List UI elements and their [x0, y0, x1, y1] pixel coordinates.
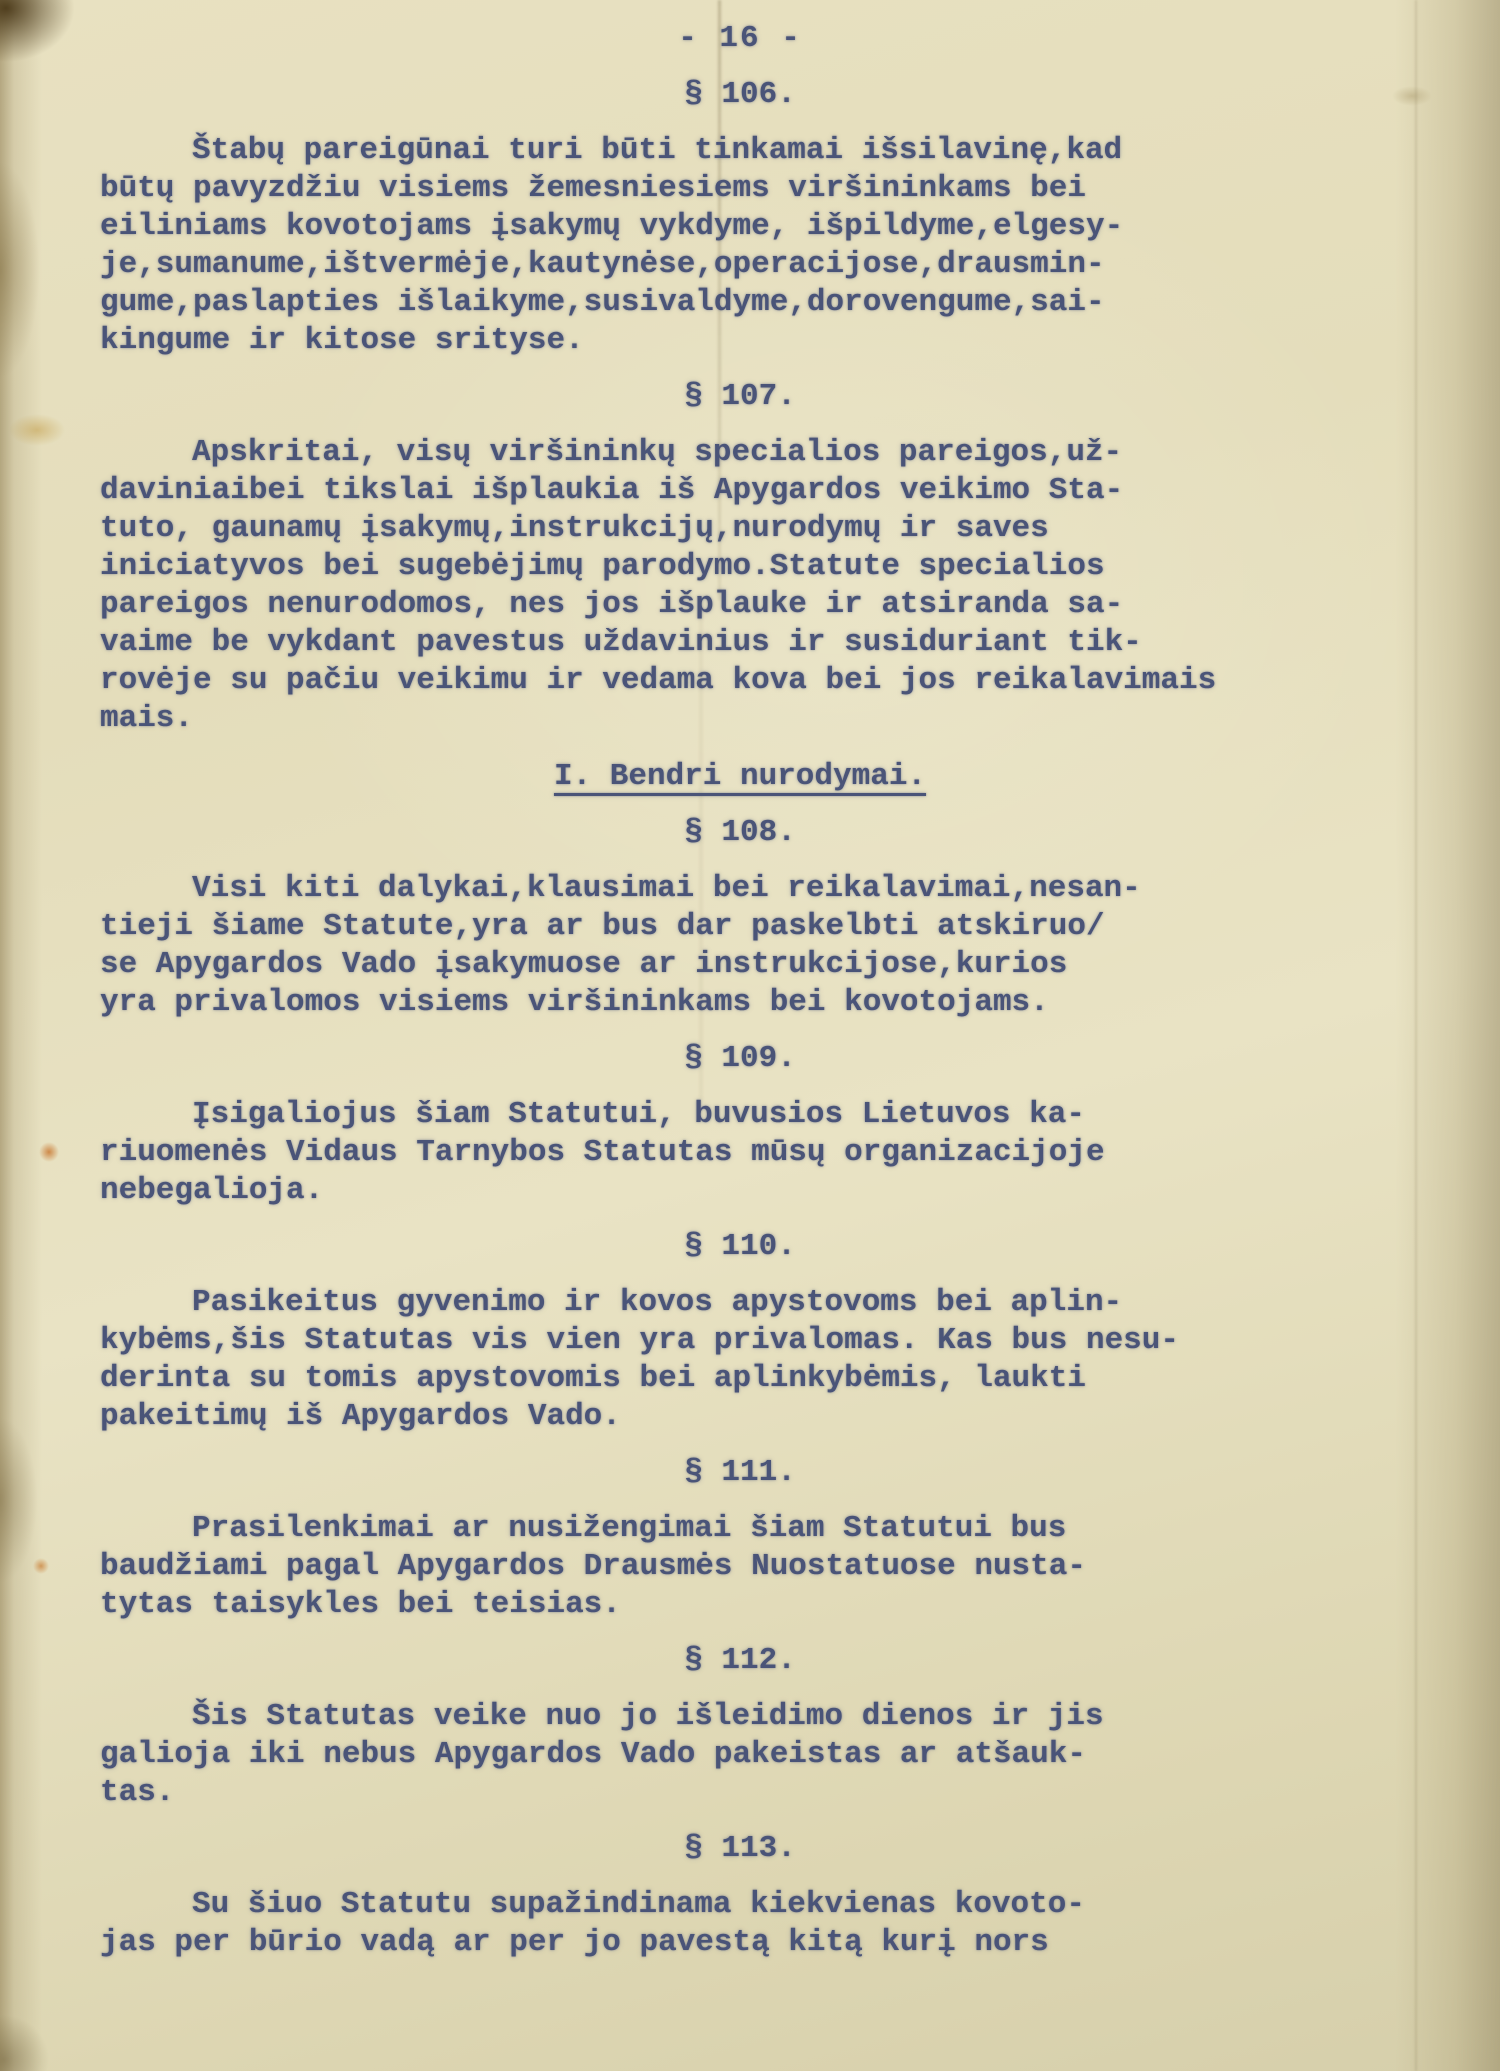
text-line: Prasilenkimai ar nusižengimai šiam Statu… — [100, 1510, 1380, 1548]
section-heading: § 109. — [100, 1040, 1380, 1078]
text-line: daviniaibei tikslai išplaukia iš Apygard… — [100, 472, 1380, 510]
section-heading: § 107. — [100, 378, 1380, 416]
section-heading: § 111. — [100, 1454, 1380, 1492]
text-line: pareigos nenurodomos, nes jos išplauke i… — [100, 586, 1380, 624]
section-heading: § 108. — [100, 814, 1380, 852]
text-line: riuomenės Vidaus Tarnybos Statutas mūsų … — [100, 1134, 1380, 1172]
paragraph: Pasikeitus gyvenimo ir kovos apystovoms … — [100, 1284, 1380, 1436]
text-line: tytas taisykles bei teisias. — [100, 1586, 1380, 1624]
text-line: mais. — [100, 700, 1380, 738]
text-line: tieji šiame Statute,yra ar bus dar paske… — [100, 908, 1380, 946]
text-line: rovėje su pačiu veikimu ir vedama kova b… — [100, 662, 1380, 700]
text-line: nebegalioja. — [100, 1172, 1380, 1210]
text-line: tuto, gaunamų įsakymų,instrukcijų,nurody… — [100, 510, 1380, 548]
paragraph: Prasilenkimai ar nusižengimai šiam Statu… — [100, 1510, 1380, 1624]
text-line: je,sumanume,ištvermėje,kautynėse,operaci… — [100, 246, 1380, 284]
text-line: Štabų pareigūnai turi būti tinkamai išsi… — [100, 132, 1380, 170]
section-heading: § 106. — [100, 76, 1380, 114]
text-line: galioja iki nebus Apygardos Vado pakeist… — [100, 1736, 1380, 1774]
section-heading: § 113. — [100, 1830, 1380, 1868]
page-number: - 16 - — [100, 20, 1380, 58]
paragraph: Apskritai, visų viršininkų specialios pa… — [100, 434, 1380, 738]
document-body: - 16 - § 106.Štabų pareigūnai turi būti … — [0, 0, 1500, 1962]
section-heading: § 112. — [100, 1642, 1380, 1680]
text-line: vaime be vykdant pavestus uždavinius ir … — [100, 624, 1380, 662]
paragraph: Su šiuo Statutu supažindinama kiekvienas… — [100, 1886, 1380, 1962]
text-line: se Apygardos Vado įsakymuose ar instrukc… — [100, 946, 1380, 984]
text-line: Įsigaliojus šiam Statutui, buvusios Liet… — [100, 1096, 1380, 1134]
text-line: derinta su tomis apystovomis bei aplinky… — [100, 1360, 1380, 1398]
text-line: Su šiuo Statutu supažindinama kiekvienas… — [100, 1886, 1380, 1924]
text-line: pakeitimų iš Apygardos Vado. — [100, 1398, 1380, 1436]
paragraph: Įsigaliojus šiam Statutui, buvusios Liet… — [100, 1096, 1380, 1210]
text-line: Šis Statutas veike nuo jo išleidimo dien… — [100, 1698, 1380, 1736]
text-line: tas. — [100, 1774, 1380, 1812]
chapter-heading-text: I. Bendri nurodymai. — [554, 759, 926, 794]
text-line: Pasikeitus gyvenimo ir kovos apystovoms … — [100, 1284, 1380, 1322]
text-line: yra privalomos visiems viršininkams bei … — [100, 984, 1380, 1022]
paragraph: Visi kiti dalykai,klausimai bei reikalav… — [100, 870, 1380, 1022]
text-line: kybėms,šis Statutas vis vien yra privalo… — [100, 1322, 1380, 1360]
chapter-heading: I. Bendri nurodymai. — [100, 758, 1380, 796]
text-line: gume,paslapties išlaikyme,susivaldyme,do… — [100, 284, 1380, 322]
paragraph: Šis Statutas veike nuo jo išleidimo dien… — [100, 1698, 1380, 1812]
text-line: Apskritai, visų viršininkų specialios pa… — [100, 434, 1380, 472]
section-heading: § 110. — [100, 1228, 1380, 1266]
text-line: jas per būrio vadą ar per jo pavestą kit… — [100, 1924, 1380, 1962]
text-line: būtų pavyzdžiu visiems žemesniesiems vir… — [100, 170, 1380, 208]
text-line: Visi kiti dalykai,klausimai bei reikalav… — [100, 870, 1380, 908]
paragraph: Štabų pareigūnai turi būti tinkamai išsi… — [100, 132, 1380, 360]
scanned-page: - 16 - § 106.Štabų pareigūnai turi būti … — [0, 0, 1500, 2071]
text-line: iniciatyvos bei sugebėjimų parodymo.Stat… — [100, 548, 1380, 586]
text-line: baudžiami pagal Apygardos Drausmės Nuost… — [100, 1548, 1380, 1586]
text-line: kingume ir kitose srityse. — [100, 322, 1380, 360]
text-line: eiliniams kovotojams įsakymų vykdyme, iš… — [100, 208, 1380, 246]
